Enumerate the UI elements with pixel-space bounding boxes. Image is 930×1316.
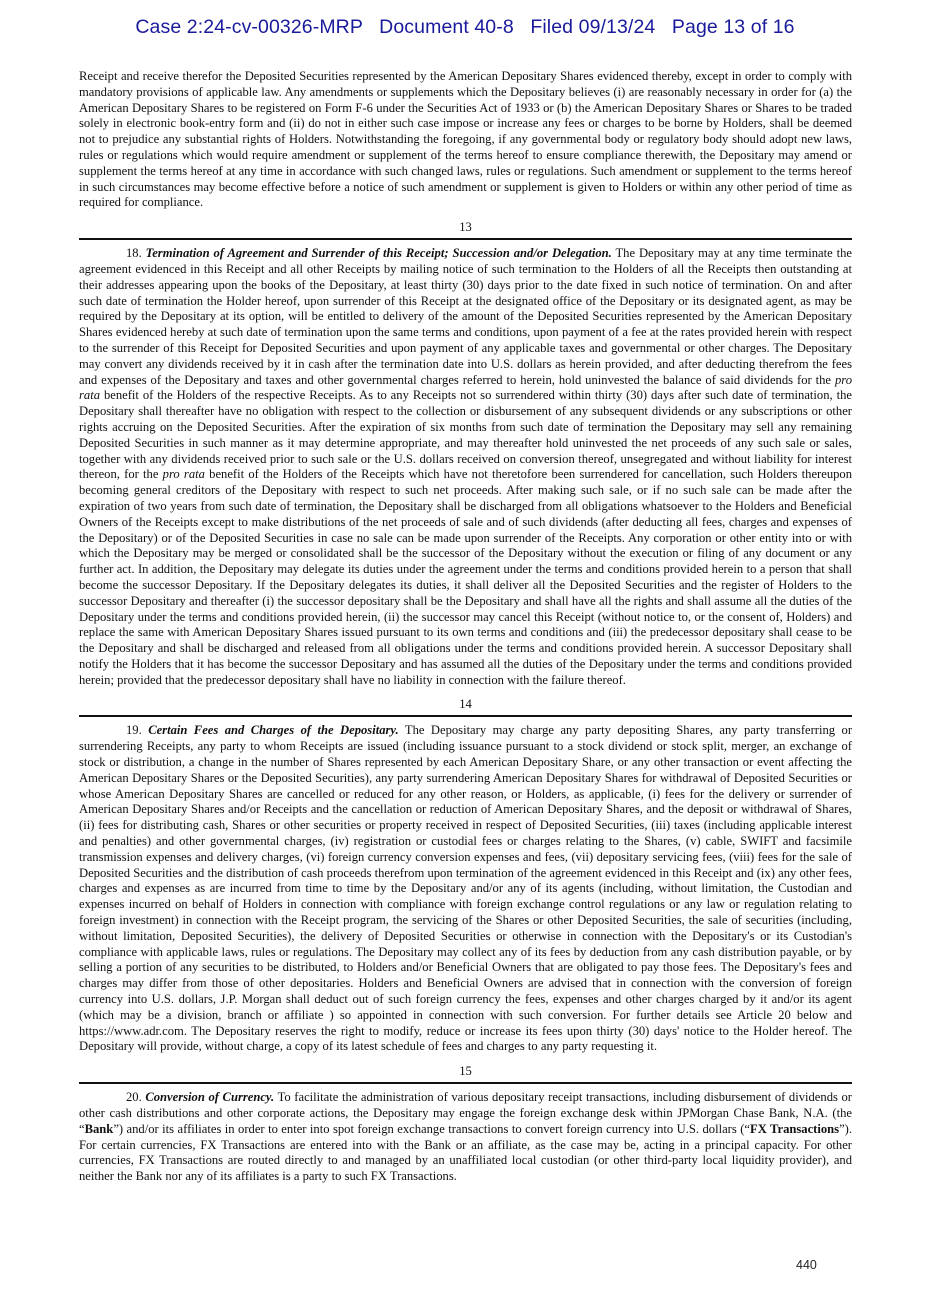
- page-divider: [79, 1082, 852, 1084]
- section-text: The Depositary may at any time terminate…: [79, 246, 852, 386]
- section-20: 20. Conversion of Currency. To facilitat…: [79, 1090, 852, 1185]
- page-number-13: 13: [79, 220, 852, 235]
- bates-number: 440: [796, 1258, 817, 1272]
- italic-term: pro rata: [163, 467, 205, 481]
- paragraph-text: Receipt and receive therefor the Deposit…: [79, 69, 852, 209]
- section-heading: Certain Fees and Charges of the Deposita…: [148, 723, 398, 737]
- section-heading: Termination of Agreement and Surrender o…: [146, 246, 612, 260]
- document-body: Receipt and receive therefor the Deposit…: [79, 69, 852, 1185]
- bold-term: Bank: [85, 1122, 114, 1136]
- section-number: 18.: [126, 246, 142, 260]
- section-text: benefit of the Holders of the Receipts w…: [79, 467, 852, 686]
- section-heading: Conversion of Currency.: [145, 1090, 274, 1104]
- section-19: 19. Certain Fees and Charges of the Depo…: [79, 723, 852, 1055]
- page-number-14: 14: [79, 697, 852, 712]
- section-text: The Depositary may charge any party depo…: [79, 723, 852, 1053]
- section-number: 19.: [126, 723, 142, 737]
- case-header: Case 2:24-cv-00326-MRP Document 40-8 Fil…: [0, 16, 930, 39]
- section-number: 20.: [126, 1090, 142, 1104]
- section-text: ”) and/or its affiliates in order to ent…: [113, 1122, 750, 1136]
- page-divider: [79, 238, 852, 240]
- section-18: 18. Termination of Agreement and Surrend…: [79, 246, 852, 688]
- bold-term: FX Transactions: [750, 1122, 839, 1136]
- paragraph-continuation: Receipt and receive therefor the Deposit…: [79, 69, 852, 211]
- page-number-15: 15: [79, 1064, 852, 1079]
- page-divider: [79, 715, 852, 717]
